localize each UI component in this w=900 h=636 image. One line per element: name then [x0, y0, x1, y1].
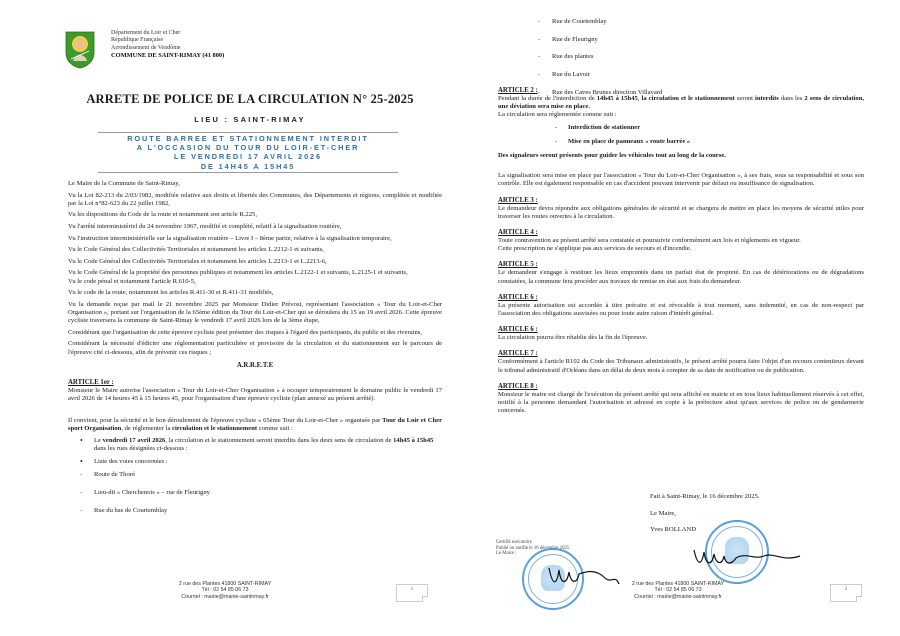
article-5-text: Le demandeur s'engage à restituer les li…: [498, 269, 864, 285]
article-2-text: Pendant la durée de l'interdiction de 14…: [498, 95, 864, 111]
preamble-paragraph: Le Maire de la Commune de Saint-Rimay,: [68, 180, 442, 188]
article-2-heading: ARTICLE 2 :: [498, 87, 864, 95]
coat-of-arms-icon: [65, 31, 95, 69]
text-run: dans les: [779, 95, 805, 102]
article-5-heading: ARTICLE 5 :: [498, 261, 864, 269]
article-4-text-2: Cette prescription ne s'applique pas aux…: [498, 245, 864, 253]
article-4-text: Toute contravention au présent arrêté se…: [498, 237, 864, 245]
preamble-paragraph: Vu le Code Général des Collectivités Ter…: [68, 246, 442, 254]
preamble-paragraph: Vu les dispositions du Code de la route …: [68, 211, 442, 219]
preamble-paragraph: Vu la Loi 82-213 du 2/03/1982, modifiée …: [68, 192, 442, 208]
article-4-heading: ARTICLE 4 :: [498, 229, 864, 237]
bullet-streets: Liste des voies concernées :: [68, 458, 442, 466]
signature-icon: [690, 540, 810, 570]
header-line-arrondissement: Arrondissement de Vendôme: [111, 45, 224, 52]
street-list-part-1: Route de Thoré Lieu-dit « Cherchenois » …: [68, 471, 442, 515]
preamble-paragraph: Considérant que l'organisation de cette …: [68, 329, 442, 337]
measure-item: Interdiction de stationner: [498, 124, 864, 132]
article-6-heading: ARTICLE 6 :: [498, 294, 864, 302]
subject-banner: ROUTE BARREE ET STATIONNEMENT INTERDIT A…: [98, 132, 398, 173]
text-run-bold: 14h45 à 15h45: [597, 95, 638, 102]
article-2-measures: Interdiction de stationner Mise en place…: [498, 124, 864, 146]
article-3-text: Le demandeur devra répondre aux obligati…: [498, 205, 864, 221]
arrete-heading: A.R.R.E.T.E: [68, 362, 442, 369]
regulation-bullets: Le vendredi 17 avril 2026, la circulatio…: [68, 437, 442, 467]
commune-name: COMMUNE DE SAINT-RIMAY (41 800): [111, 52, 224, 59]
text-run-bold: interdits: [755, 95, 779, 102]
banner-line: DE 14H45 A 15H45: [98, 162, 398, 171]
article-2-signalisation: La signalisation sera mise en place par …: [498, 172, 864, 188]
article-8-text: Monsieur le maire est chargé de l'exécut…: [498, 391, 864, 416]
article-7-text: Conformément à l'article R102 du Code de…: [498, 358, 864, 374]
text-run: dans les rues désignées ci-dessous :: [94, 445, 188, 452]
text-run-bold: la circulation et le stationnement: [641, 95, 734, 102]
header-line-republic: République Française: [111, 37, 224, 44]
article-6b-heading: ARTICLE 6 :: [498, 326, 864, 334]
street-item: Rue du bas de Courtemblay: [68, 507, 442, 515]
article-1-regulation: Il convient, pour la sécurité et le bon …: [68, 417, 442, 433]
text-run: , la circulation et le stationnement ser…: [165, 437, 393, 444]
page-number: 2: [830, 584, 862, 602]
page-1: Département du Loir et Cher République F…: [0, 0, 450, 636]
place-date: Fait à Saint-Rimay, le 16 décembre 2025.: [650, 493, 759, 501]
article-2-signaleurs: Des signaleurs seront présents pour guid…: [498, 152, 864, 160]
preamble-paragraph: Vu le code de la route, notamment les ar…: [68, 289, 442, 297]
text-run: comme suit :: [257, 425, 293, 432]
street-item: Rue de Courtemblay: [526, 18, 662, 26]
signature-icon: [545, 560, 645, 590]
street-item: Rue des plantes: [526, 53, 662, 61]
article-8-heading: ARTICLE 8 :: [498, 383, 864, 391]
article-1-heading: ARTICLE 1er :: [68, 379, 442, 387]
article-1-text: Monsieur le Maire autorise l'association…: [68, 387, 442, 403]
text-run: Pendant la durée de l'interdiction de: [498, 95, 597, 102]
signatory-name: Yves ROLLAND: [650, 526, 696, 534]
article-6-text: La présente autorisation est accordée à …: [498, 302, 864, 318]
text-run: Il convient, pour la sécurité et le bon …: [68, 417, 382, 424]
articles: ARTICLE 2 : Pendant la durée de l'interd…: [498, 87, 864, 415]
article-3-heading: ARTICLE 3 :: [498, 197, 864, 205]
article-6b-text: La circulation pourra être rétablie dès …: [498, 334, 864, 342]
banner-line: LE VENDREDI 17 AVRIL 2026: [98, 152, 398, 161]
street-item: Rue du Lavoir: [526, 71, 662, 79]
event-time: 14h45 à 15h45: [393, 437, 433, 444]
preamble-paragraph: Considérant la nécessité d'édicter une r…: [68, 340, 442, 356]
preamble-paragraph: Vu le code pénal et notamment l'article …: [68, 278, 442, 286]
article-7-heading: ARTICLE 7 :: [498, 350, 864, 358]
banner-line: A L'OCCASION DU TOUR DU LOIR-ET-CHER: [98, 143, 398, 152]
preamble: Le Maire de la Commune de Saint-Rimay, V…: [68, 180, 442, 524]
text-run: , de réglementer la: [121, 425, 172, 432]
header-line-department: Département du Loir et Cher: [111, 30, 224, 37]
issuing-authority: Département du Loir et Cher République F…: [111, 30, 224, 60]
location-line: LIEU : SAINT-RIMAY: [70, 115, 430, 124]
preamble-paragraph: Vu le Code Général des Collectivités Ter…: [68, 258, 442, 266]
event-date: vendredi 17 avril 2026: [103, 437, 166, 444]
decree-title: ARRETE DE POLICE DE LA CIRCULATION N° 25…: [70, 92, 430, 107]
article-2-line: La circulation sera réglementée comme su…: [498, 111, 864, 119]
signatory-role: Le Maire,: [650, 510, 676, 518]
measure-item: Mise en place de panneaux « route barrée…: [498, 138, 864, 146]
bullet-closure: Le vendredi 17 avril 2026, la circulatio…: [68, 437, 442, 453]
street-item: Route de Thoré: [68, 471, 442, 479]
text-run-bold: circulation et le stationnement: [172, 425, 257, 432]
footer-email: Courriel : mairie@mairie-saintrimay.fr: [578, 594, 778, 600]
banner-line: ROUTE BARREE ET STATIONNEMENT INTERDIT: [98, 134, 398, 143]
text-run: Le: [94, 437, 103, 444]
footer-email: Courriel : mairie@mairie-saintrimay.fr: [125, 594, 325, 600]
preamble-paragraph: Vu l'instruction interministérielle sur …: [68, 235, 442, 243]
preamble-paragraph: Vu l'arrêté interministériel du 24 novem…: [68, 223, 442, 231]
preamble-paragraph: Vu le Code Général de la propriété des p…: [68, 269, 442, 277]
text-run: seront: [735, 95, 755, 102]
street-item: Rue de Fleurigny: [526, 36, 662, 44]
preamble-paragraph: Vu la demande reçue par mail le 21 novem…: [68, 301, 442, 326]
page-number: 1: [396, 584, 428, 602]
page-footer: 2 rue des Plantes 41800 SAINT-RIMAY Tél …: [125, 581, 325, 600]
street-item: Lieu-dit « Cherchenois » – rue de Fleuri…: [68, 489, 442, 497]
